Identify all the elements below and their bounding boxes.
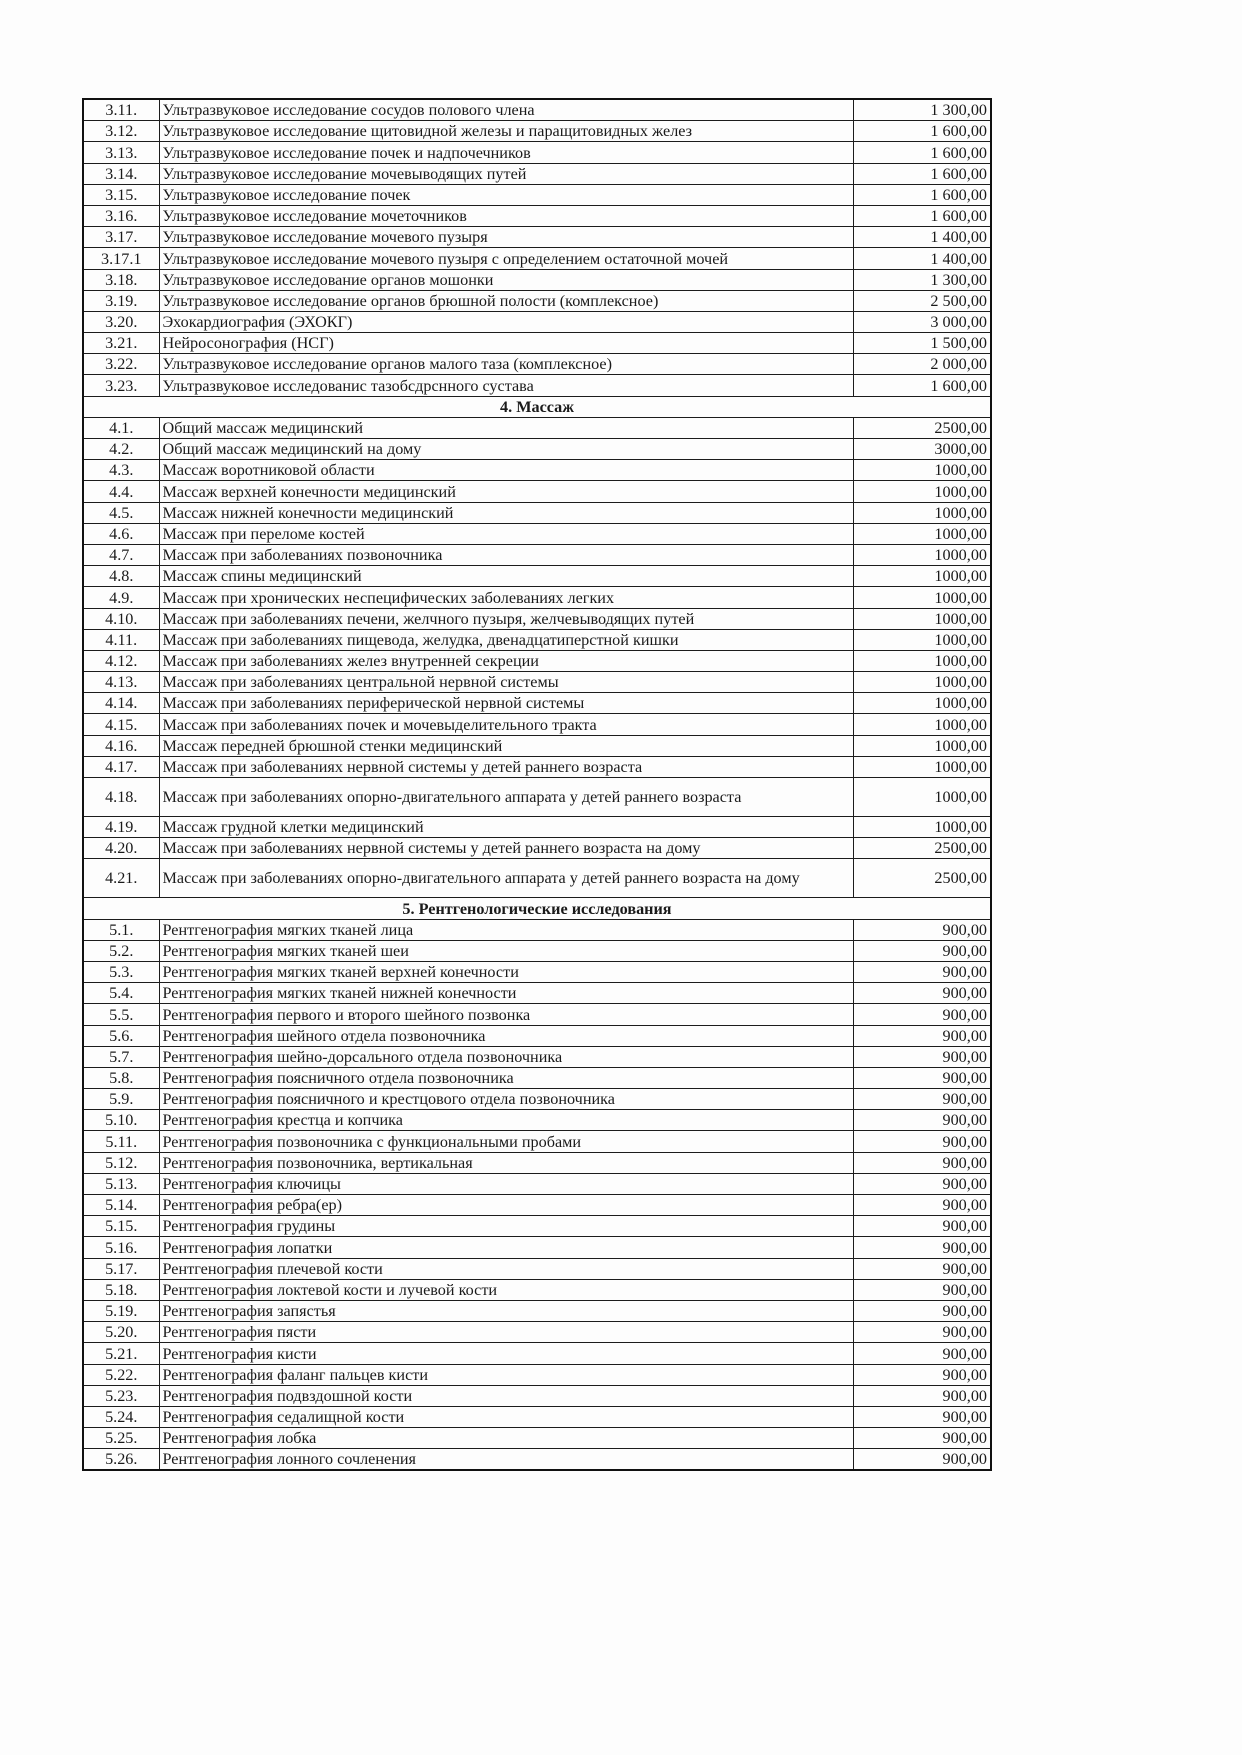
service-name: Ультразвуковое исследование мочевого пуз… xyxy=(159,248,853,269)
row-number: 5.2. xyxy=(83,940,159,961)
section-title: 4. Массаж xyxy=(83,396,991,417)
row-number: 4.17. xyxy=(83,756,159,777)
service-name: Массаж при хронических неспецифических з… xyxy=(159,587,853,608)
service-price: 900,00 xyxy=(853,1364,991,1385)
table-row: 4.5.Массаж нижней конечности медицинский… xyxy=(83,502,991,523)
row-number: 5.1. xyxy=(83,919,159,940)
service-name: Рентгенография кисти xyxy=(159,1343,853,1364)
service-price: 2 500,00 xyxy=(853,290,991,311)
row-number: 5.26. xyxy=(83,1449,159,1471)
service-price: 900,00 xyxy=(853,1343,991,1364)
table-row: 3.18.Ультразвуковое исследование органов… xyxy=(83,269,991,290)
service-price: 900,00 xyxy=(853,919,991,940)
row-number: 4.20. xyxy=(83,838,159,859)
service-name: Ультразвуковое исследование мочевого пуз… xyxy=(159,227,853,248)
table-row: 5.16.Рентгенография лопатки900,00 xyxy=(83,1237,991,1258)
service-name: Массаж при заболеваниях нервной системы … xyxy=(159,756,853,777)
service-price: 2500,00 xyxy=(853,417,991,438)
service-name: Массаж нижней конечности медицинский xyxy=(159,502,853,523)
service-price: 900,00 xyxy=(853,1131,991,1152)
table-row: 3.13.Ультразвуковое исследование почек и… xyxy=(83,142,991,163)
table-row: 3.21.Нейросонография (НСГ)1 500,00 xyxy=(83,333,991,354)
row-number: 3.12. xyxy=(83,121,159,142)
service-name: Ультразвуковое исследование органов мошо… xyxy=(159,269,853,290)
row-number: 3.16. xyxy=(83,205,159,226)
service-name: Ультразвуковое исследование мочевыводящи… xyxy=(159,163,853,184)
table-row: 5.9.Рентгенография поясничного и крестцо… xyxy=(83,1089,991,1110)
service-price: 1000,00 xyxy=(853,672,991,693)
row-number: 5.4. xyxy=(83,983,159,1004)
service-name: Рентгенография мягких тканей нижней коне… xyxy=(159,983,853,1004)
service-price: 1 500,00 xyxy=(853,333,991,354)
service-name: Ультразвуковое исследование сосудов поло… xyxy=(159,99,853,121)
service-price: 1000,00 xyxy=(853,460,991,481)
service-price: 900,00 xyxy=(853,1385,991,1406)
table-row: 5.3.Рентгенография мягких тканей верхней… xyxy=(83,961,991,982)
row-number: 4.14. xyxy=(83,693,159,714)
service-name: Рентгенография крестца и копчика xyxy=(159,1110,853,1131)
row-number: 4.5. xyxy=(83,502,159,523)
service-price: 900,00 xyxy=(853,1449,991,1471)
service-price: 3000,00 xyxy=(853,439,991,460)
service-name: Массаж спины медицинский xyxy=(159,566,853,587)
service-name: Эхокардиография (ЭХОКГ) xyxy=(159,311,853,332)
row-number: 3.17.1 xyxy=(83,248,159,269)
service-price: 1 300,00 xyxy=(853,99,991,121)
row-number: 4.11. xyxy=(83,629,159,650)
table-row: 4.7.Массаж при заболеваниях позвоночника… xyxy=(83,544,991,565)
row-number: 3.14. xyxy=(83,163,159,184)
table-row: 5.23.Рентгенография подвздошной кости900… xyxy=(83,1385,991,1406)
section-header-row: 5. Рентгенологические исследования xyxy=(83,898,991,919)
service-name: Рентгенография лопатки xyxy=(159,1237,853,1258)
row-number: 4.6. xyxy=(83,523,159,544)
service-price: 1000,00 xyxy=(853,544,991,565)
row-number: 5.22. xyxy=(83,1364,159,1385)
row-number: 4.18. xyxy=(83,778,159,817)
document-page: 3.11.Ультразвуковое исследование сосудов… xyxy=(0,0,1242,1755)
table-row: 5.1.Рентгенография мягких тканей лица900… xyxy=(83,919,991,940)
service-name: Рентгенография ребра(ер) xyxy=(159,1195,853,1216)
row-number: 4.19. xyxy=(83,817,159,838)
row-number: 5.25. xyxy=(83,1428,159,1449)
table-row: 3.16.Ультразвуковое исследование мочеточ… xyxy=(83,205,991,226)
service-name: Массаж при заболеваниях позвоночника xyxy=(159,544,853,565)
row-number: 5.17. xyxy=(83,1258,159,1279)
row-number: 4.1. xyxy=(83,417,159,438)
service-price: 1000,00 xyxy=(853,714,991,735)
service-price: 1000,00 xyxy=(853,756,991,777)
service-price: 1000,00 xyxy=(853,817,991,838)
service-name: Рентгенография лобка xyxy=(159,1428,853,1449)
table-row: 5.4.Рентгенография мягких тканей нижней … xyxy=(83,983,991,1004)
table-row: 3.17.1Ультразвуковое исследование мочево… xyxy=(83,248,991,269)
row-number: 5.8. xyxy=(83,1067,159,1088)
row-number: 5.18. xyxy=(83,1279,159,1300)
table-row: 5.7.Рентгенография шейно-дорсального отд… xyxy=(83,1046,991,1067)
service-name: Рентгенография ключицы xyxy=(159,1173,853,1194)
service-price: 1000,00 xyxy=(853,608,991,629)
row-number: 5.19. xyxy=(83,1300,159,1321)
table-row: 5.26.Рентгенография лонного сочленения90… xyxy=(83,1449,991,1471)
service-price: 900,00 xyxy=(853,1046,991,1067)
service-price: 900,00 xyxy=(853,1152,991,1173)
service-price: 1000,00 xyxy=(853,735,991,756)
service-price: 900,00 xyxy=(853,1322,991,1343)
row-number: 3.22. xyxy=(83,354,159,375)
row-number: 4.15. xyxy=(83,714,159,735)
service-name: Массаж при заболеваниях почек и мочевыде… xyxy=(159,714,853,735)
row-number: 4.9. xyxy=(83,587,159,608)
table-row: 5.2.Рентгенография мягких тканей шеи900,… xyxy=(83,940,991,961)
table-row: 4.1.Общий массаж медицинский2500,00 xyxy=(83,417,991,438)
service-name: Рентгенография поясничного и крестцового… xyxy=(159,1089,853,1110)
table-row: 5.8.Рентгенография поясничного отдела по… xyxy=(83,1067,991,1088)
price-list-table: 3.11.Ультразвуковое исследование сосудов… xyxy=(82,98,992,1471)
service-name: Массаж верхней конечности медицинский xyxy=(159,481,853,502)
service-name: Рентгенография мягких тканей шеи xyxy=(159,940,853,961)
service-price: 900,00 xyxy=(853,1173,991,1194)
service-price: 900,00 xyxy=(853,1089,991,1110)
table-row: 3.15.Ультразвуковое исследование почек1 … xyxy=(83,184,991,205)
table-row: 5.10.Рентгенография крестца и копчика900… xyxy=(83,1110,991,1131)
row-number: 5.13. xyxy=(83,1173,159,1194)
service-name: Рентгенография первого и второго шейного… xyxy=(159,1004,853,1025)
service-price: 1 600,00 xyxy=(853,375,991,396)
table-row: 4.11.Массаж при заболеваниях пищевода, ж… xyxy=(83,629,991,650)
table-row: 5.18.Рентгенография локтевой кости и луч… xyxy=(83,1279,991,1300)
row-number: 5.24. xyxy=(83,1406,159,1427)
row-number: 5.3. xyxy=(83,961,159,982)
table-row: 5.17.Рентгенография плечевой кости900,00 xyxy=(83,1258,991,1279)
row-number: 3.18. xyxy=(83,269,159,290)
row-number: 5.20. xyxy=(83,1322,159,1343)
table-row: 3.12.Ультразвуковое исследование щитовид… xyxy=(83,121,991,142)
table-row: 5.13.Рентгенография ключицы900,00 xyxy=(83,1173,991,1194)
table-row: 3.14.Ультразвуковое исследование мочевыв… xyxy=(83,163,991,184)
service-name: Рентгенография лонного сочленения xyxy=(159,1449,853,1471)
service-price: 1 600,00 xyxy=(853,163,991,184)
service-price: 900,00 xyxy=(853,1004,991,1025)
table-row: 5.15.Рентгенография грудины900,00 xyxy=(83,1216,991,1237)
section-title: 5. Рентгенологические исследования xyxy=(83,898,991,919)
service-name: Рентгенография позвоночника с функционал… xyxy=(159,1131,853,1152)
service-price: 3 000,00 xyxy=(853,311,991,332)
service-name: Рентгенография седалищной кости xyxy=(159,1406,853,1427)
row-number: 4.3. xyxy=(83,460,159,481)
table-row: 4.4.Массаж верхней конечности медицински… xyxy=(83,481,991,502)
row-number: 5.11. xyxy=(83,1131,159,1152)
table-row: 5.20.Рентгенография пясти900,00 xyxy=(83,1322,991,1343)
service-name: Рентгенография мягких тканей лица xyxy=(159,919,853,940)
service-name: Общий массаж медицинский на дому xyxy=(159,439,853,460)
service-price: 1000,00 xyxy=(853,523,991,544)
table-row: 5.22.Рентгенография фаланг пальцев кисти… xyxy=(83,1364,991,1385)
service-name: Массаж грудной клетки медицинский xyxy=(159,817,853,838)
service-price: 900,00 xyxy=(853,1406,991,1427)
row-number: 3.21. xyxy=(83,333,159,354)
service-name: Массаж при заболеваниях периферической н… xyxy=(159,693,853,714)
service-price: 1000,00 xyxy=(853,650,991,671)
table-row: 3.11.Ультразвуковое исследование сосудов… xyxy=(83,99,991,121)
row-number: 3.23. xyxy=(83,375,159,396)
table-row: 4.16.Массаж передней брюшной стенки меди… xyxy=(83,735,991,756)
service-name: Рентгенография позвоночника, вертикальна… xyxy=(159,1152,853,1173)
service-price: 900,00 xyxy=(853,1258,991,1279)
row-number: 4.12. xyxy=(83,650,159,671)
row-number: 5.12. xyxy=(83,1152,159,1173)
table-row: 5.12.Рентгенография позвоночника, вертик… xyxy=(83,1152,991,1173)
row-number: 4.8. xyxy=(83,566,159,587)
service-name: Ультразвуковое исследование органов брюш… xyxy=(159,290,853,311)
service-price: 1 600,00 xyxy=(853,205,991,226)
service-price: 1000,00 xyxy=(853,629,991,650)
table-row: 4.15.Массаж при заболеваниях почек и моч… xyxy=(83,714,991,735)
table-row: 3.23.Ультразвуковое исследованис тазобсд… xyxy=(83,375,991,396)
service-price: 900,00 xyxy=(853,983,991,1004)
table-row: 4.21.Массаж при заболеваниях опорно-двиг… xyxy=(83,859,991,898)
service-price: 1000,00 xyxy=(853,587,991,608)
table-row: 4.6.Массаж при переломе костей1000,00 xyxy=(83,523,991,544)
table-row: 5.6.Рентгенография шейного отдела позвон… xyxy=(83,1025,991,1046)
table-row: 4.14.Массаж при заболеваниях периферичес… xyxy=(83,693,991,714)
row-number: 5.9. xyxy=(83,1089,159,1110)
row-number: 4.10. xyxy=(83,608,159,629)
service-name: Массаж при заболеваниях печени, желчного… xyxy=(159,608,853,629)
service-name: Рентгенография мягких тканей верхней кон… xyxy=(159,961,853,982)
service-name: Рентгенография плечевой кости xyxy=(159,1258,853,1279)
table-row: 4.2.Общий массаж медицинский на дому3000… xyxy=(83,439,991,460)
row-number: 3.15. xyxy=(83,184,159,205)
service-name: Массаж при заболеваниях нервной системы … xyxy=(159,838,853,859)
table-row: 5.24.Рентгенография седалищной кости900,… xyxy=(83,1406,991,1427)
service-name: Ультразвуковое исследование почек и надп… xyxy=(159,142,853,163)
row-number: 3.17. xyxy=(83,227,159,248)
service-price: 1000,00 xyxy=(853,693,991,714)
row-number: 5.21. xyxy=(83,1343,159,1364)
table-row: 5.14.Рентгенография ребра(ер)900,00 xyxy=(83,1195,991,1216)
table-row: 4.13.Массаж при заболеваниях центральной… xyxy=(83,672,991,693)
service-name: Ультразвуковое исследование щитовидной ж… xyxy=(159,121,853,142)
table-row: 3.22.Ультразвуковое исследование органов… xyxy=(83,354,991,375)
service-price: 2500,00 xyxy=(853,838,991,859)
service-price: 900,00 xyxy=(853,1428,991,1449)
table-row: 4.18.Массаж при заболеваниях опорно-двиг… xyxy=(83,778,991,817)
table-row: 5.19.Рентгенография запястья900,00 xyxy=(83,1300,991,1321)
table-row: 4.9.Массаж при хронических неспецифическ… xyxy=(83,587,991,608)
row-number: 5.15. xyxy=(83,1216,159,1237)
service-price: 900,00 xyxy=(853,961,991,982)
service-name: Рентгенография шейно-дорсального отдела … xyxy=(159,1046,853,1067)
service-price: 900,00 xyxy=(853,1216,991,1237)
service-name: Массаж при заболеваниях желез внутренней… xyxy=(159,650,853,671)
service-name: Массаж при заболеваниях центральной нерв… xyxy=(159,672,853,693)
service-name: Массаж при заболеваниях опорно-двигатель… xyxy=(159,778,853,817)
service-name: Массаж при заболеваниях пищевода, желудк… xyxy=(159,629,853,650)
service-name: Рентгенография пясти xyxy=(159,1322,853,1343)
service-price: 1000,00 xyxy=(853,502,991,523)
table-row: 5.25.Рентгенография лобка900,00 xyxy=(83,1428,991,1449)
service-name: Рентгенография запястья xyxy=(159,1300,853,1321)
service-name: Рентгенография локтевой кости и лучевой … xyxy=(159,1279,853,1300)
service-price: 1 600,00 xyxy=(853,142,991,163)
service-price: 2 000,00 xyxy=(853,354,991,375)
service-price: 1000,00 xyxy=(853,566,991,587)
service-price: 900,00 xyxy=(853,1279,991,1300)
service-price: 900,00 xyxy=(853,940,991,961)
service-name: Ультразвуковое исследованис тазобсдрснно… xyxy=(159,375,853,396)
service-price: 900,00 xyxy=(853,1025,991,1046)
table-row: 5.21.Рентгенография кисти900,00 xyxy=(83,1343,991,1364)
table-row: 4.12.Массаж при заболеваниях желез внутр… xyxy=(83,650,991,671)
service-price: 1 400,00 xyxy=(853,227,991,248)
table-row: 3.20.Эхокардиография (ЭХОКГ)3 000,00 xyxy=(83,311,991,332)
service-price: 900,00 xyxy=(853,1237,991,1258)
row-number: 5.7. xyxy=(83,1046,159,1067)
row-number: 3.11. xyxy=(83,99,159,121)
service-name: Массаж воротниковой области xyxy=(159,460,853,481)
table-row: 3.19.Ультразвуковое исследование органов… xyxy=(83,290,991,311)
row-number: 3.20. xyxy=(83,311,159,332)
service-price: 900,00 xyxy=(853,1110,991,1131)
service-price: 1 300,00 xyxy=(853,269,991,290)
service-name: Рентгенография подвздошной кости xyxy=(159,1385,853,1406)
table-row: 4.20.Массаж при заболеваниях нервной сис… xyxy=(83,838,991,859)
service-price: 1 600,00 xyxy=(853,184,991,205)
row-number: 3.13. xyxy=(83,142,159,163)
table-row: 5.11.Рентгенография позвоночника с функц… xyxy=(83,1131,991,1152)
service-name: Рентгенография грудины xyxy=(159,1216,853,1237)
table-row: 4.8.Массаж спины медицинский1000,00 xyxy=(83,566,991,587)
service-price: 2500,00 xyxy=(853,859,991,898)
row-number: 3.19. xyxy=(83,290,159,311)
service-price: 1000,00 xyxy=(853,778,991,817)
service-price: 900,00 xyxy=(853,1067,991,1088)
table-row: 4.19.Массаж грудной клетки медицинский10… xyxy=(83,817,991,838)
service-name: Массаж передней брюшной стенки медицинск… xyxy=(159,735,853,756)
row-number: 5.14. xyxy=(83,1195,159,1216)
service-name: Общий массаж медицинский xyxy=(159,417,853,438)
service-price: 1000,00 xyxy=(853,481,991,502)
row-number: 4.2. xyxy=(83,439,159,460)
table-row: 3.17.Ультразвуковое исследование мочевог… xyxy=(83,227,991,248)
row-number: 4.16. xyxy=(83,735,159,756)
row-number: 4.4. xyxy=(83,481,159,502)
service-name: Массаж при заболеваниях опорно-двигатель… xyxy=(159,859,853,898)
table-row: 5.5.Рентгенография первого и второго шей… xyxy=(83,1004,991,1025)
service-name: Ультразвуковое исследование органов мало… xyxy=(159,354,853,375)
section-header-row: 4. Массаж xyxy=(83,396,991,417)
row-number: 4.7. xyxy=(83,544,159,565)
row-number: 4.21. xyxy=(83,859,159,898)
row-number: 5.5. xyxy=(83,1004,159,1025)
service-name: Рентгенография поясничного отдела позвон… xyxy=(159,1067,853,1088)
row-number: 5.16. xyxy=(83,1237,159,1258)
service-price: 900,00 xyxy=(853,1195,991,1216)
price-list-body: 3.11.Ультразвуковое исследование сосудов… xyxy=(83,99,991,1470)
service-price: 1 600,00 xyxy=(853,121,991,142)
service-price: 900,00 xyxy=(853,1300,991,1321)
table-row: 4.10.Массаж при заболеваниях печени, жел… xyxy=(83,608,991,629)
service-price: 1 400,00 xyxy=(853,248,991,269)
row-number: 5.6. xyxy=(83,1025,159,1046)
row-number: 4.13. xyxy=(83,672,159,693)
row-number: 5.23. xyxy=(83,1385,159,1406)
service-name: Массаж при переломе костей xyxy=(159,523,853,544)
service-name: Нейросонография (НСГ) xyxy=(159,333,853,354)
service-name: Рентгенография фаланг пальцев кисти xyxy=(159,1364,853,1385)
service-name: Ультразвуковое исследование почек xyxy=(159,184,853,205)
service-name: Рентгенография шейного отдела позвоночни… xyxy=(159,1025,853,1046)
service-name: Ультразвуковое исследование мочеточников xyxy=(159,205,853,226)
table-row: 4.3.Массаж воротниковой области1000,00 xyxy=(83,460,991,481)
table-row: 4.17.Массаж при заболеваниях нервной сис… xyxy=(83,756,991,777)
row-number: 5.10. xyxy=(83,1110,159,1131)
